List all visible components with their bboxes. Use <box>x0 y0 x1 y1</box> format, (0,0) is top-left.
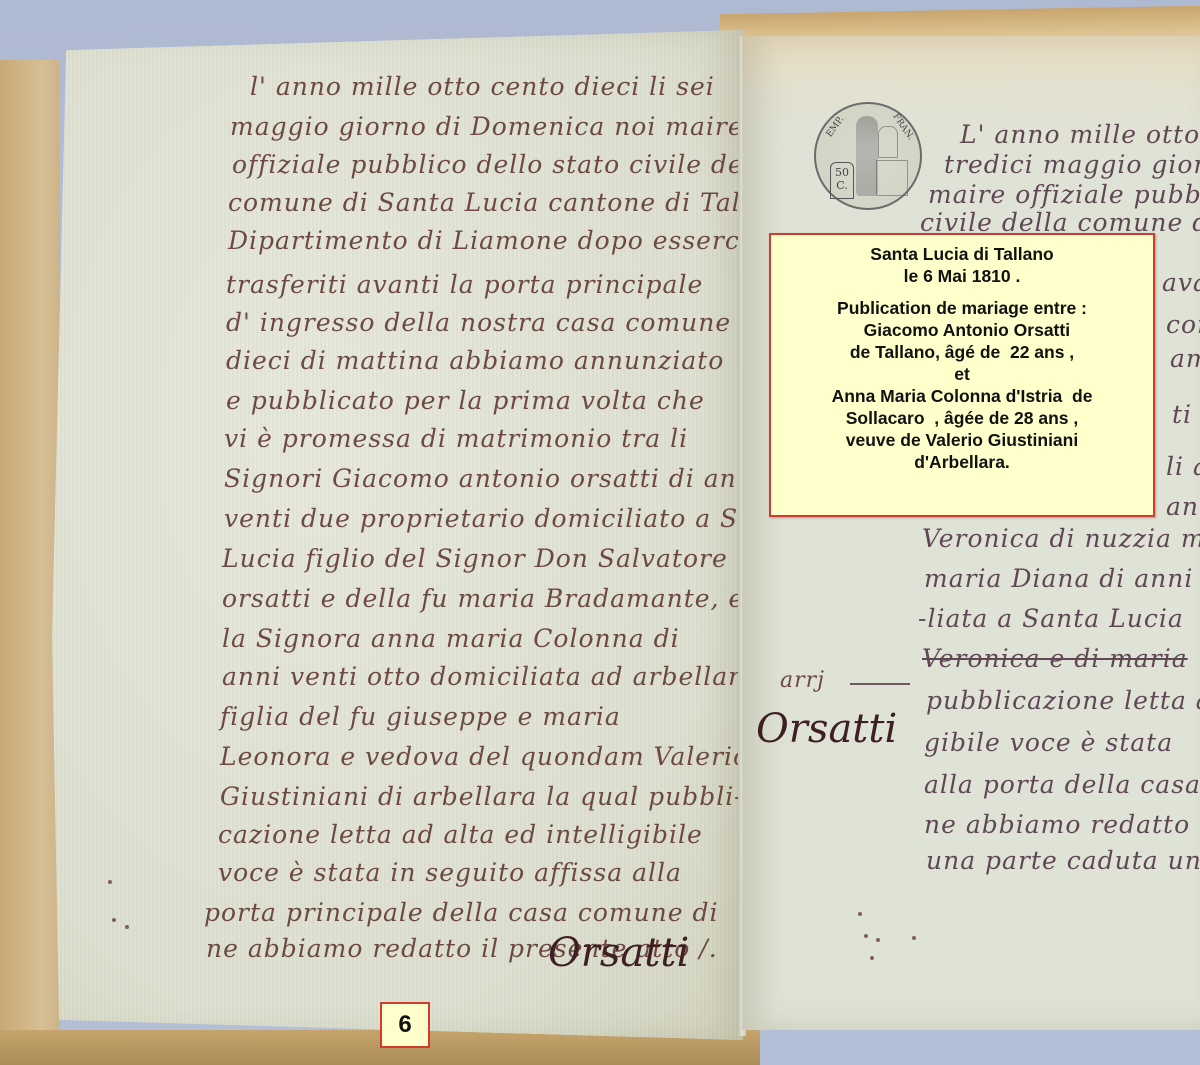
handwritten-line: Veronica di nuzzia mar <box>922 524 1200 553</box>
stamp-value-unit: C. <box>831 179 853 192</box>
signature-orsatti-margin: Orsatti <box>756 706 897 752</box>
handwritten-line: d' ingresso della nostra casa comune all… <box>226 308 790 337</box>
annotation-date: le 6 Mai 1810 . <box>771 265 1153 287</box>
handwritten-line: figlia del fu giuseppe e maria <box>220 702 621 731</box>
handwritten-line: porta principale della casa comune di <box>204 898 719 927</box>
handwritten-fragment: ti <box>1172 400 1192 429</box>
handwritten-line: pubblicazione letta ad <box>926 686 1200 715</box>
imperial-tax-stamp: EMP. FRAN. 50 C. <box>814 102 922 210</box>
annotation-widow-of: veuve de Valerio Giustiniani <box>771 429 1153 451</box>
handwritten-line: cazione letta ad alta ed intelligibile <box>218 820 703 849</box>
handwritten-line: voce è stata in seguito affissa alla <box>218 858 682 887</box>
handwritten-line: L' anno mille otto <box>960 120 1200 149</box>
ink-dot <box>112 918 116 922</box>
handwritten-line: la Signora anna maria Colonna di <box>222 624 680 653</box>
left-page <box>38 30 743 1040</box>
ink-dot <box>858 912 862 916</box>
annotation-place: Santa Lucia di Tallano <box>771 243 1153 265</box>
ink-dot <box>125 925 129 929</box>
handwritten-line: venti due proprietario domiciliato a San… <box>224 504 798 533</box>
handwritten-line: Veronica e di maria <box>922 644 1188 673</box>
handwritten-fragment: com <box>1166 310 1200 339</box>
handwritten-line: vi è promessa di matrimonio tra li <box>224 424 688 453</box>
handwritten-line: e pubblicato per la prima volta che <box>226 386 705 415</box>
handwritten-line: Dipartimento di Liamone dopo esserci <box>228 226 749 255</box>
under-sheet-left <box>0 60 60 1065</box>
handwritten-line: orsatti e della fu maria Bradamante, e <box>222 584 744 613</box>
ink-dot <box>864 934 868 938</box>
handwritten-line: anni venti otto domiciliata ad arbellara <box>222 662 757 691</box>
signature-orsatti-left: Orsatti <box>548 930 689 976</box>
handwritten-line: l' anno mille otto cento dieci li sei <box>250 72 715 101</box>
annotation-bride-name: Anna Maria Colonna d'Istria de <box>771 385 1153 407</box>
transcription-annotation-box: Santa Lucia di Tallano le 6 Mai 1810 . P… <box>769 233 1155 517</box>
handwritten-line: alla porta della casa <box>924 770 1200 799</box>
annotation-widow-place: d'Arbellara. <box>771 451 1153 473</box>
handwritten-fragment: li a <box>1166 452 1200 481</box>
annotation-groom-info: de Tallano, âgé de 22 ans , <box>771 341 1153 363</box>
handwritten-line: tredici maggio giorno <box>944 150 1200 179</box>
ink-dot <box>870 956 874 960</box>
ink-dot <box>912 936 916 940</box>
handwritten-line: Giustiniani di arbellara la qual pubbli- <box>220 782 744 811</box>
handwritten-line: ne abbiamo redatto il <box>924 810 1200 839</box>
handwritten-line: gibile voce è stata <box>924 728 1173 757</box>
annotation-and: et <box>771 363 1153 385</box>
handwritten-line: maire offiziale pubbl <box>928 180 1200 209</box>
stamp-emp-text: EMP. <box>825 115 846 139</box>
handwritten-line: una parte caduta un <box>926 846 1200 875</box>
handwritten-line: comune di Santa Lucia cantone di Tallano <box>228 188 799 217</box>
handwritten-line: Lucia figlio del Signor Don Salvatore <box>222 544 728 573</box>
stamp-value-amount: 50 <box>831 166 853 179</box>
handwritten-line: -liata a Santa Lucia <box>918 604 1184 633</box>
margin-rule <box>850 683 910 685</box>
annotation-groom-name: Giacomo Antonio Orsatti <box>771 319 1153 341</box>
margin-note: arrj <box>780 668 825 693</box>
stamp-tablets-icon <box>878 126 898 158</box>
handwritten-line: Leonora e vedova del quondam Valerio <box>220 742 749 771</box>
page-number-badge: 6 <box>380 1002 430 1048</box>
stamp-figure-icon <box>856 116 878 196</box>
ink-dot <box>108 880 112 884</box>
handwritten-line: dieci di mattina abbiamo annunziato <box>226 346 724 375</box>
ink-dot <box>876 938 880 942</box>
handwritten-line: Signori Giacomo antonio orsatti di anni <box>224 464 763 493</box>
stamp-eagle-icon <box>876 160 908 196</box>
handwritten-fragment: ano <box>1166 492 1200 521</box>
handwritten-line: offiziale pubblico dello stato civile de… <box>232 150 778 179</box>
stamp-value: 50 C. <box>830 162 854 199</box>
annotation-heading: Publication de mariage entre : <box>771 297 1153 319</box>
handwritten-line: maria Diana di anni <box>924 564 1193 593</box>
handwritten-fragment: am <box>1170 344 1200 373</box>
annotation-bride-info: Sollacaro , âgée de 28 ans , <box>771 407 1153 429</box>
handwritten-line: trasferiti avanti la porta principale <box>226 270 703 299</box>
handwritten-fragment: ava <box>1162 268 1200 297</box>
handwritten-line: maggio giorno di Domenica noi maire <box>230 112 744 141</box>
